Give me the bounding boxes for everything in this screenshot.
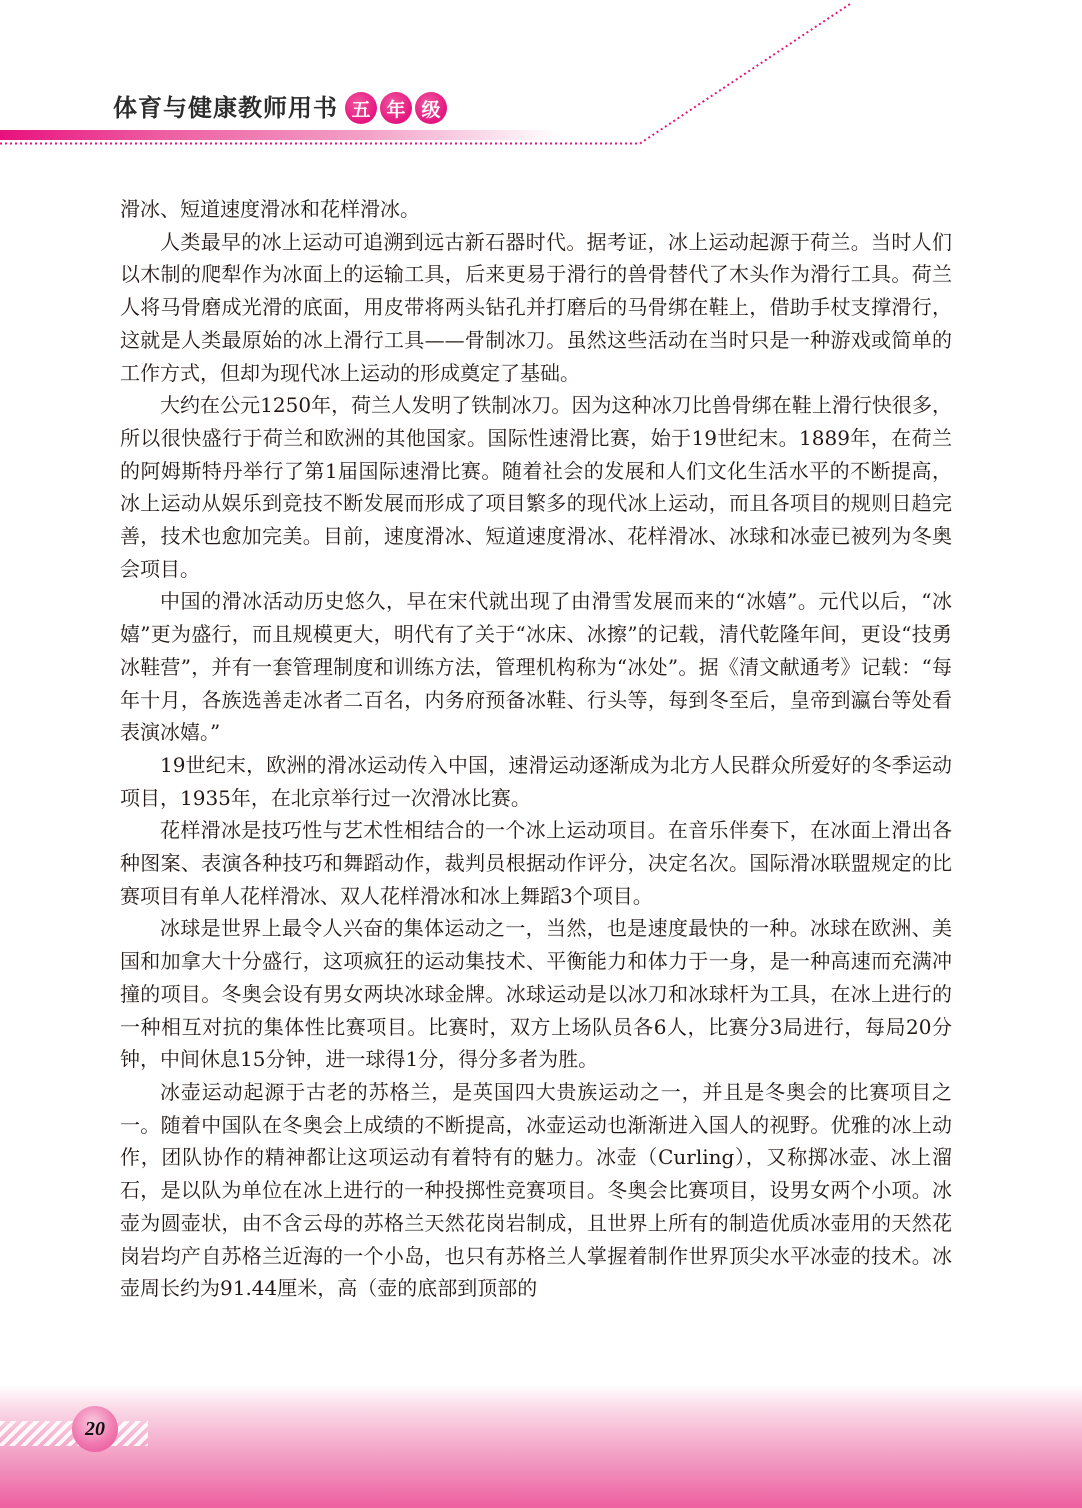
paragraph: 冰球是世界上最令人兴奋的集体运动之一，当然，也是速度最快的一种。冰球在欧洲、美国… xyxy=(120,912,952,1076)
page-header: 体育与健康教师用书 五 年 级 xyxy=(0,0,1082,160)
grade-badge-year: 年 xyxy=(380,92,412,124)
paragraph: 大约在公元1250年，荷兰人发明了铁制冰刀。因为这种冰刀比兽骨绑在鞋上滑行快很多… xyxy=(120,389,952,585)
grade-badge-five: 五 xyxy=(345,92,377,124)
page-number-badge: 20 xyxy=(72,1406,118,1452)
paragraph: 冰壶运动起源于古老的苏格兰，是英国四大贵族运动之一，并且是冬奥会的比赛项目之一。… xyxy=(120,1076,952,1305)
paragraph: 花样滑冰是技巧性与艺术性相结合的一个冰上运动项目。在音乐伴奏下，在冰面上滑出各种… xyxy=(120,814,952,912)
paragraph: 人类最早的冰上运动可追溯到远古新石器时代。据考证，冰上运动起源于荷兰。当时人们以… xyxy=(120,226,952,390)
page-footer: 20 xyxy=(0,1385,1082,1508)
page-body: 滑冰、短道速度滑冰和花样滑冰。 人类最早的冰上运动可追溯到远古新石器时代。据考证… xyxy=(120,193,952,1305)
page-number: 20 xyxy=(85,1418,105,1441)
header-dotted-line xyxy=(0,0,1082,160)
paragraph: 19世纪末，欧洲的滑冰运动传入中国，速滑运动逐渐成为北方人民群众所爱好的冬季运动… xyxy=(120,749,952,814)
grade-badge-level: 级 xyxy=(415,92,447,124)
paragraph: 中国的滑冰活动历史悠久，早在宋代就出现了由滑雪发展而来的“冰嬉”。元代以后，“冰… xyxy=(120,585,952,749)
paragraph: 滑冰、短道速度滑冰和花样滑冰。 xyxy=(120,193,952,226)
book-title: 体育与健康教师用书 xyxy=(113,92,338,124)
grade-label: 五 年 级 xyxy=(345,92,447,124)
